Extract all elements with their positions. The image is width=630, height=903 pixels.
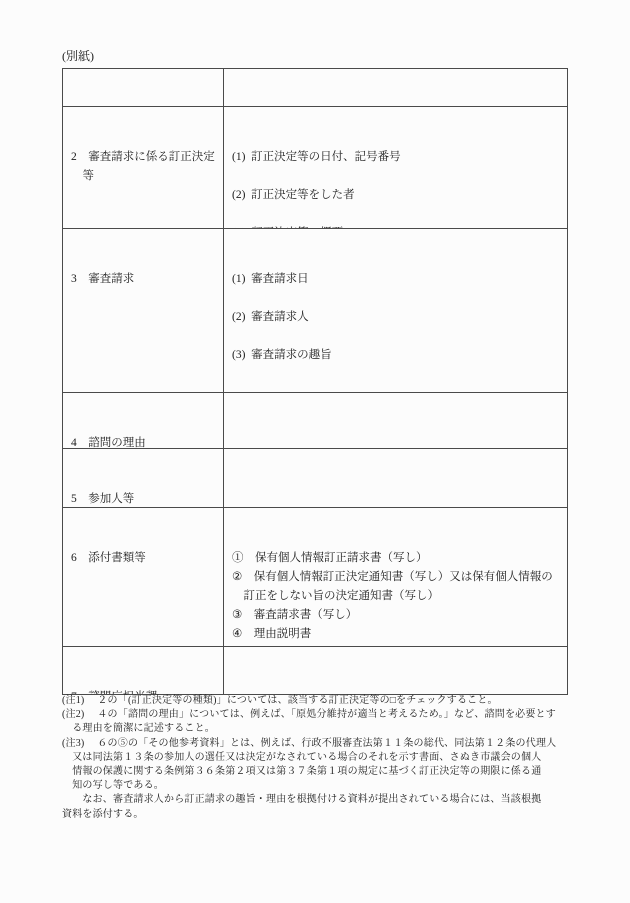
row5-title-cell: 5 参加人等 [63,449,224,508]
row7-content-cell [224,647,567,694]
row5-title: 5 参加人等 [71,490,219,508]
row2-content: (1) 訂正決定等の日付、記号番号 (2) 訂正決定等をした者 (3) 訂正決定… [232,148,563,229]
footnotes: (注1) ２の「(訂正決定等の種類)」については、該当する訂正決定等の□をチェッ… [62,694,582,822]
row6-title: 6 添付書類等 [71,549,219,568]
row1-content-cell [224,69,567,107]
review-request-form-table: 1 審査請求に係る保有個人 情報の名称等 2 審査請求に係る訂正決定 等 (訂正… [62,68,568,695]
row3-content: (1) 審査請求日 (2) 審査請求人 (3) 審査請求の趣旨 [232,270,563,365]
sheet-label: (別紙) [62,48,94,64]
row1-title-cell: 1 審査請求に係る保有個人 情報の名称等 [63,69,224,107]
row4-title: 4 諮問の理由 [71,434,219,449]
row3-title: 3 審査請求 [71,270,219,289]
row5-content-cell [224,449,567,508]
row2-title-cell: 2 審査請求に係る訂正決定 等 (訂正決定等の種類) □訂正決定 □不訂正決定 [63,107,224,229]
row6-title-cell: 6 添付書類等 [63,508,224,647]
row2-title: 2 審査請求に係る訂正決定 等 [71,148,219,186]
row3-content-cell: (1) 審査請求日 (2) 審査請求人 (3) 審査請求の趣旨 [224,229,567,393]
row4-title-cell: 4 諮問の理由 [63,393,224,449]
document-page: (別紙) 1 審査請求に係る保有個人 情報の名称等 2 審査請求に係る訂正決定 … [0,0,630,903]
row3-title-cell: 3 審査請求 [63,229,224,393]
row7-title-cell: 7 諮問庁担当課 [63,647,224,694]
row2-content-cell: (1) 訂正決定等の日付、記号番号 (2) 訂正決定等をした者 (3) 訂正決定… [224,107,567,229]
row4-content-cell [224,393,567,449]
row6-content-cell: ① 保有個人情報訂正請求書（写し） ② 保有個人情報訂正決定通知書（写し）又は保… [224,508,567,647]
row6-content: ① 保有個人情報訂正請求書（写し） ② 保有個人情報訂正決定通知書（写し）又は保… [232,549,563,647]
